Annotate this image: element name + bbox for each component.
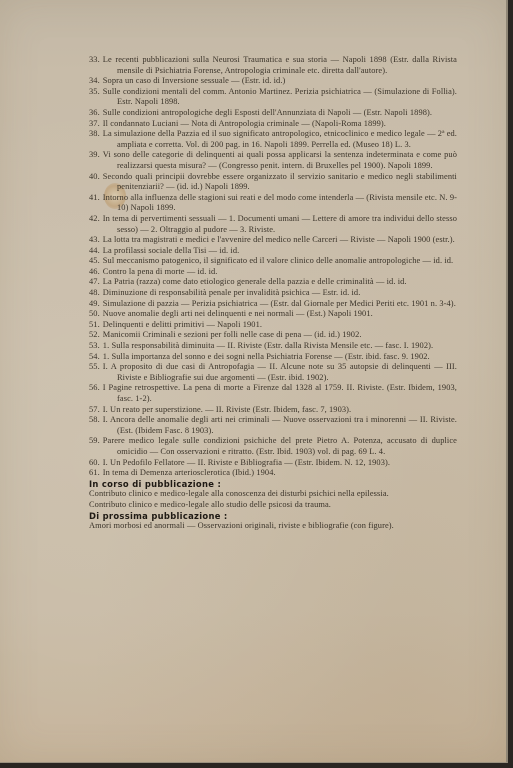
entry-number: 36.: [89, 108, 100, 117]
entry-number: 55.: [89, 362, 100, 371]
entry-number: 35.: [89, 87, 100, 96]
bibliography-entry: 49.Simulazione di pazzia — Perizia psich…: [89, 299, 457, 310]
publication-item: Contributo clinico e medico-legale alla …: [89, 489, 457, 500]
entry-number: 56.: [89, 383, 100, 392]
entry-text: La simulazione della Pazzia ed il suo si…: [103, 129, 457, 149]
entry-text: Parere medico legale sulle condizioni ps…: [103, 436, 457, 456]
entry-text: Vi sono delle categorie di delinquenti a…: [103, 150, 457, 170]
entry-number: 50.: [89, 309, 100, 318]
entry-text: Contro la pena di morte — id. id.: [103, 267, 218, 276]
bibliography-entry: 59.Parere medico legale sulle condizioni…: [89, 436, 457, 457]
entry-text: I. Un reato per superstizione. — II. Riv…: [103, 405, 351, 414]
entry-number: 43.: [89, 235, 100, 244]
entry-number: 51.: [89, 320, 100, 329]
bibliography-entry: 33.Le recenti pubblicazioni sulla Neuros…: [89, 55, 457, 76]
bibliography-entry: 35.Sulle condizioni mentali del comm. An…: [89, 87, 457, 108]
entry-text: Manicomii Criminali e sezioni per folli …: [103, 330, 362, 339]
bibliography-entry: 56.I Pagine retrospettive. La pena di mo…: [89, 383, 457, 404]
bibliography-entry: 43.La lotta tra magistrati e medici e l'…: [89, 235, 457, 246]
bibliography-entry: 46.Contro la pena di morte — id. id.: [89, 267, 457, 278]
entry-text: Sopra un caso di Inversione sessuale — (…: [103, 76, 286, 85]
entry-number: 53.: [89, 341, 100, 350]
bibliography-entry: 47.La Patria (razza) come dato etiologic…: [89, 277, 457, 288]
entry-text: Sulle condizioni mentali del comm. Anton…: [103, 87, 457, 107]
entry-text: In tema di pervertimenti sessuali — 1. D…: [103, 214, 457, 234]
entry-number: 52.: [89, 330, 100, 339]
publication-item: Contributo clinico e medico-legale allo …: [89, 500, 457, 511]
entry-number: 41.: [89, 193, 100, 202]
entry-text: I. Un Pedofilo Fellatore — II. Riviste e…: [103, 458, 390, 467]
section-heading-in-corso: In corso di pubblicazione :: [89, 479, 457, 490]
entry-number: 44.: [89, 246, 100, 255]
entry-number: 54.: [89, 352, 100, 361]
entry-text: Diminuzione di responsabilità penale per…: [103, 288, 361, 297]
entry-text: In tema di Demenza arteriosclerotica (Ib…: [103, 468, 276, 477]
entry-text: La lotta tra magistrati e medici e l'avv…: [103, 235, 455, 244]
bibliography-entry: 61.In tema di Demenza arteriosclerotica …: [89, 468, 457, 479]
bibliography-entry: 54.1. Sulla importanza del sonno e dei s…: [89, 352, 457, 363]
bibliography-entry: 53.1. Sulla responsabilità diminuita — I…: [89, 341, 457, 352]
entry-number: 59.: [89, 436, 100, 445]
entry-text: Il condannato Luciani — Nota di Antropol…: [103, 119, 386, 128]
entry-number: 45.: [89, 256, 100, 265]
bibliography-entry: 36.Sulle condizioni antropologiche degli…: [89, 108, 457, 119]
bibliography-entry: 52.Manicomii Criminali e sezioni per fol…: [89, 330, 457, 341]
bibliography-entry: 57.I. Un reato per superstizione. — II. …: [89, 405, 457, 416]
document-page: 33.Le recenti pubblicazioni sulla Neuros…: [0, 0, 508, 763]
entry-number: 61.: [89, 468, 100, 477]
entry-number: 57.: [89, 405, 100, 414]
entry-text: Intorno alla influenza delle stagioni su…: [103, 193, 457, 213]
bibliography-entry: 41.Intorno alla influenza delle stagioni…: [89, 193, 457, 214]
entry-text: 1. Sulla importanza del sonno e dei sogn…: [103, 352, 430, 361]
bibliography-entry: 40.Secondo quali principii dovrebbe esse…: [89, 172, 457, 193]
bibliography-entry: 45.Sul meccanismo patogenico, il signifi…: [89, 256, 457, 267]
bibliography-entry: 48.Diminuzione di responsabilità penale …: [89, 288, 457, 299]
bibliography-entry: 34.Sopra un caso di Inversione sessuale …: [89, 76, 457, 87]
bibliography-entry: 38.La simulazione della Pazzia ed il suo…: [89, 129, 457, 150]
entry-text: Delinquenti e delitti primitivi — Napoli…: [103, 320, 262, 329]
entry-text: La profilassi sociale della Tisi — id. i…: [103, 246, 240, 255]
entry-number: 34.: [89, 76, 100, 85]
entry-number: 48.: [89, 288, 100, 297]
bibliography-entry: 50.Nuove anomalie degli arti nei delinqu…: [89, 309, 457, 320]
bibliography-entry: 37.Il condannato Luciani — Nota di Antro…: [89, 119, 457, 130]
entry-text: I. A proposito di due casi di Antropofag…: [103, 362, 457, 382]
entry-text: Le recenti pubblicazioni sulla Neurosi T…: [103, 55, 457, 75]
entry-text: Sul meccanismo patogenico, il significat…: [103, 256, 453, 265]
bibliography-entry: 42.In tema di pervertimenti sessuali — 1…: [89, 214, 457, 235]
section-heading-prossima: Di prossima pubblicazione :: [89, 511, 457, 522]
entry-text: Secondo quali principii dovrebbe essere …: [103, 172, 457, 192]
entry-number: 38.: [89, 129, 100, 138]
entry-number: 58.: [89, 415, 100, 424]
entry-text: Sulle condizioni antropologiche degli Es…: [103, 108, 432, 117]
entry-number: 40.: [89, 172, 100, 181]
bibliography-entry: 55.I. A proposito di due casi di Antropo…: [89, 362, 457, 383]
entry-number: 39.: [89, 150, 100, 159]
bibliography-entry: 51.Delinquenti e delitti primitivi — Nap…: [89, 320, 457, 331]
entry-number: 33.: [89, 55, 100, 64]
entry-text: La Patria (razza) come dato etiologico g…: [103, 277, 407, 286]
entry-number: 47.: [89, 277, 100, 286]
bibliography-entry: 58.I. Ancora delle anomalie degli arti n…: [89, 415, 457, 436]
entry-number: 46.: [89, 267, 100, 276]
bibliography-entry: 60.I. Un Pedofilo Fellatore — II. Rivist…: [89, 458, 457, 469]
entry-text: Simulazione di pazzia — Perizia psichiat…: [103, 299, 456, 308]
entry-text: I Pagine retrospettive. La pena di morte…: [103, 383, 457, 403]
bibliography-entry: 44.La profilassi sociale della Tisi — id…: [89, 246, 457, 257]
bibliography-list: 33.Le recenti pubblicazioni sulla Neuros…: [89, 55, 457, 532]
entry-text: Nuove anomalie degli arti nei delinquent…: [103, 309, 373, 318]
entry-text: 1. Sulla responsabilità diminuita — II. …: [103, 341, 433, 350]
entry-number: 60.: [89, 458, 100, 467]
entry-number: 37.: [89, 119, 100, 128]
entry-text: I. Ancora delle anomalie degli arti nei …: [103, 415, 457, 435]
entry-number: 49.: [89, 299, 100, 308]
bibliography-entry: 39.Vi sono delle categorie di delinquent…: [89, 150, 457, 171]
entry-number: 42.: [89, 214, 100, 223]
publication-item: Amori morbosi ed anormali — Osservazioni…: [89, 521, 457, 532]
